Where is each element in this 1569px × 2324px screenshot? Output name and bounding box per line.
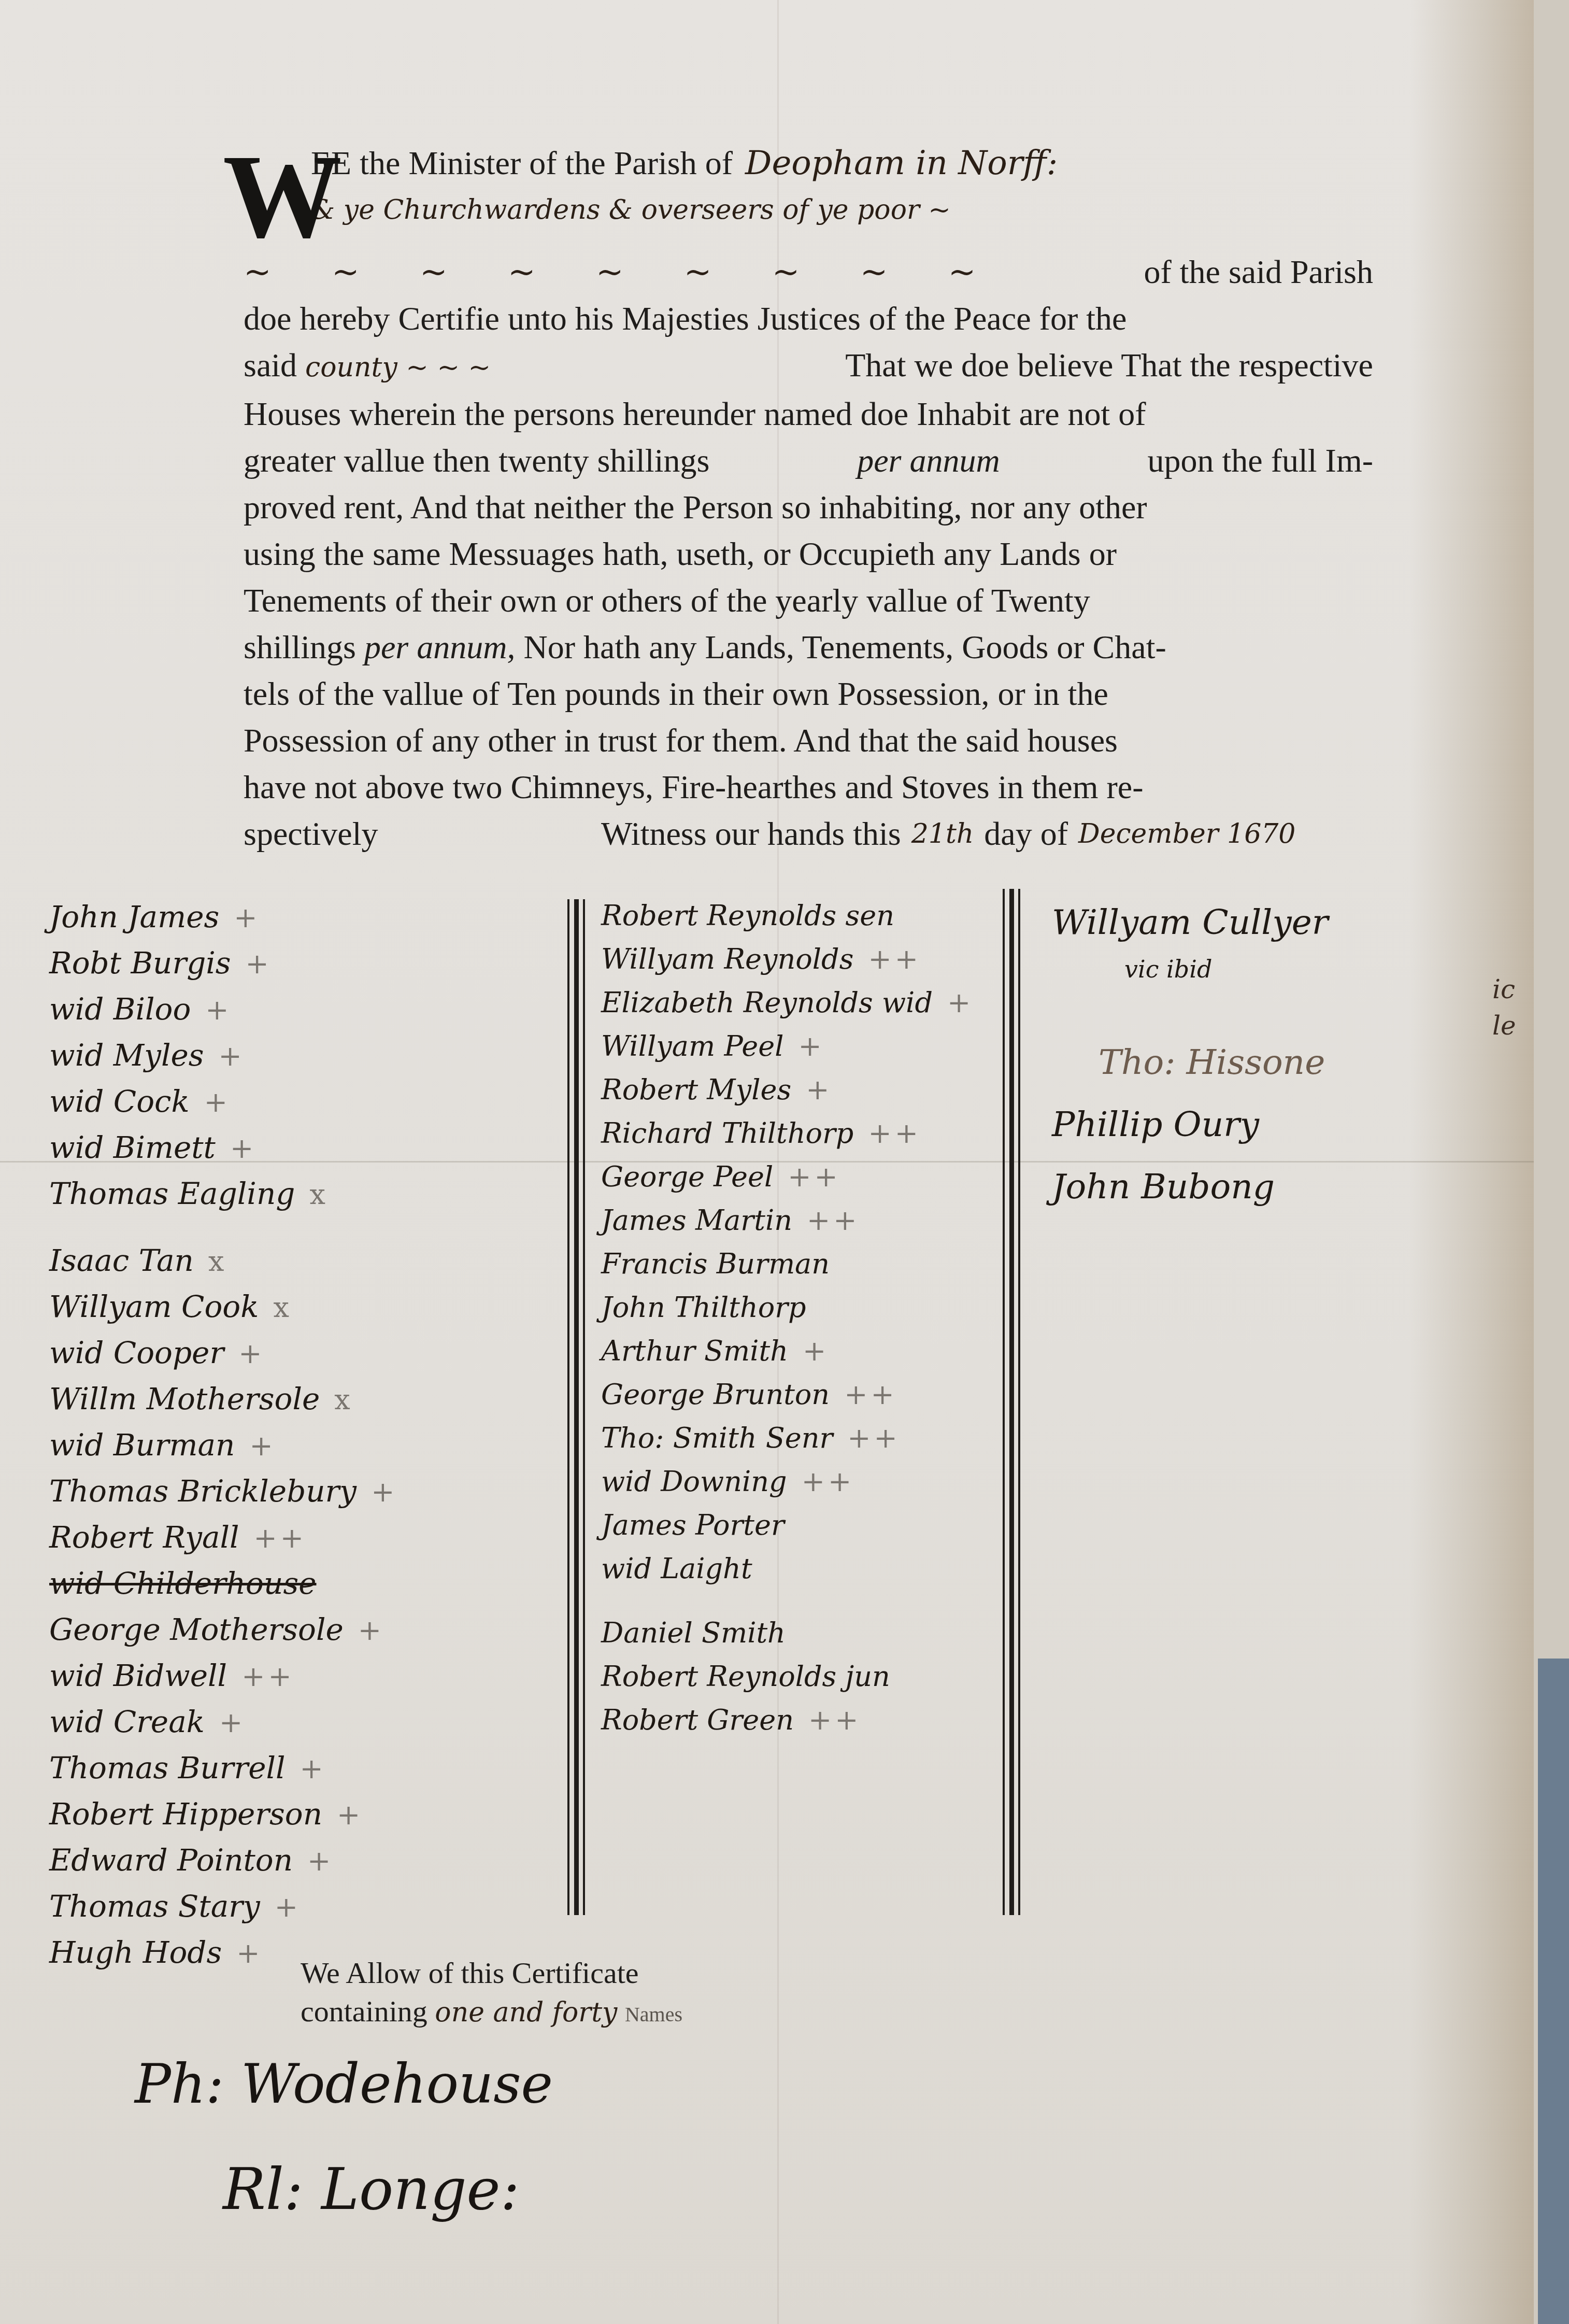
body-line-italic: per annum [857, 437, 1000, 484]
body-line: proved rent, And that neither the Person… [244, 484, 1147, 531]
list-item: Daniel Smith [601, 1617, 1005, 1660]
body-line: doe hereby Certifie unto his Majesties J… [244, 295, 1126, 342]
allowance-statement: We Allow of this Certificate containing … [301, 1954, 682, 2034]
list-item: Robert Reynolds jun [601, 1660, 1005, 1704]
county-fill: county ~ ~ ~ [305, 352, 491, 383]
header-printed-2: of the said Parish [1144, 249, 1373, 295]
list-item: wid Bimett+ [49, 1130, 547, 1176]
body-line: upon the full Im- [1148, 437, 1373, 484]
body-line: spectively [244, 811, 601, 857]
list-item: Tho: Smith Senr++ [601, 1422, 1005, 1465]
body-line: shillings [244, 624, 356, 671]
list-item: wid Cooper+ [49, 1335, 547, 1381]
margin-fragment: le [1492, 1011, 1516, 1041]
fill-tildes: ~ ~ ~ ~ ~ ~ ~ ~ ~ [244, 249, 1001, 295]
witness-text: day of [984, 811, 1068, 857]
list-item: wid Myles+ [49, 1038, 547, 1084]
body-line: Possession of any other in trust for the… [244, 717, 1118, 764]
signature: Willyam Cullyer [1052, 891, 1518, 954]
margin-fragment: ic [1492, 974, 1515, 1004]
signature: Phillip Oury [1052, 1094, 1518, 1156]
body-line: That we doe believe That the respective [845, 342, 1373, 391]
background-surface [1538, 1659, 1569, 2324]
names-left-column: John James+ Robt Burgis+ wid Biloo+ wid … [49, 899, 547, 1981]
justice-signature: Rl: Longe: [223, 2156, 520, 2222]
signatures-right-column: Willyam Cullyer vic ibid Tho: Hissone Ph… [1052, 891, 1518, 1218]
list-item: Thomas Eaglingx [49, 1176, 547, 1222]
officers-handwritten: & ye Churchwardens & overseers of ye poo… [311, 187, 951, 233]
list-item: Robert Myles+ [601, 1073, 1005, 1117]
body-line: tels of the vallue of Ten pounds in thei… [244, 671, 1108, 717]
list-item: Robert Hipperson+ [49, 1796, 547, 1843]
list-item: Willm Mothersolex [49, 1381, 547, 1427]
witness-text: Witness our hands this [601, 811, 901, 857]
list-item: Elizabeth Reynolds wid+ [601, 986, 1005, 1030]
list-item: wid Creak+ [49, 1704, 547, 1750]
list-item: Thomas Burrell+ [49, 1750, 547, 1796]
document-paper: W EE the Minister of the Parish of Deoph… [0, 0, 1534, 2324]
list-item: George Peel++ [601, 1160, 1005, 1204]
list-item: wid Cock+ [49, 1084, 547, 1130]
date-fill: December 1670 [1078, 811, 1295, 857]
signature-note: vic ibid [1124, 954, 1518, 985]
header-printed: EE the Minister of the Parish of [311, 140, 733, 187]
list-item: John James+ [49, 899, 547, 945]
list-item: wid Bidwell++ [49, 1658, 547, 1704]
list-item: James Porter [601, 1509, 1005, 1552]
body-line: said [244, 347, 297, 384]
column-rule-left [567, 899, 585, 1915]
list-item: Thomas Stary+ [49, 1889, 547, 1935]
list-item: George Mothersole+ [49, 1612, 547, 1658]
allowance-line: containing [301, 1994, 427, 2028]
day-fill: 21th [911, 811, 974, 857]
column-rule-right [1003, 889, 1020, 1915]
list-item: Arthur Smith+ [601, 1335, 1005, 1378]
allowance-suffix: Names [625, 2003, 682, 2026]
body-line: greater vallue then twenty shillings [244, 437, 709, 484]
signature: Tho: Hissone [1099, 1031, 1518, 1094]
list-item: Edward Pointon+ [49, 1843, 547, 1889]
body-line: Tenements of their own or others of the … [244, 577, 1090, 624]
list-item: James Martin++ [601, 1204, 1005, 1248]
list-item: Robt Burgis+ [49, 945, 547, 991]
signature: John Bubong [1052, 1156, 1518, 1218]
allowance-count: one and forty [435, 1997, 617, 2028]
list-item: Willyam Reynolds++ [601, 943, 1005, 986]
names-middle-column: Robert Reynolds sen Willyam Reynolds++ E… [601, 899, 1005, 1747]
body-line: Houses wherein the persons hereunder nam… [244, 391, 1146, 437]
justice-signature: Ph: Wodehouse [135, 2052, 553, 2116]
list-item: Willyam Cookx [49, 1289, 547, 1335]
body-line: Nor hath any Lands, Tenements, Goods or … [523, 624, 1166, 671]
list-item: Robert Reynolds sen [601, 899, 1005, 943]
list-item: Richard Thilthorp++ [601, 1117, 1005, 1160]
list-item: Isaac Tanx [49, 1243, 547, 1289]
drop-cap-initial: W [223, 145, 342, 249]
list-item: wid Laight [601, 1552, 1005, 1596]
list-item: Thomas Bricklebury+ [49, 1473, 547, 1520]
list-item-struck: wid Childerhouse [49, 1566, 547, 1612]
list-item: wid Biloo+ [49, 991, 547, 1038]
body-line-italic: per annum, [364, 624, 516, 671]
list-item: Robert Ryall++ [49, 1520, 547, 1566]
parish-name: Deopham in Norff: [745, 140, 1058, 187]
body-line: have not above two Chimneys, Fire-hearth… [244, 764, 1143, 811]
certificate-text: W EE the Minister of the Parish of Deoph… [244, 140, 1373, 857]
list-item: wid Downing++ [601, 1465, 1005, 1509]
allowance-line: We Allow of this Certificate [301, 1954, 682, 1992]
list-item: Willyam Peel+ [601, 1030, 1005, 1073]
list-item: John Thilthorp [601, 1291, 1005, 1335]
list-item: Robert Green++ [601, 1704, 1005, 1747]
list-item: George Brunton++ [601, 1378, 1005, 1422]
list-item: Francis Burman [601, 1248, 1005, 1291]
body-line: using the same Messuages hath, useth, or… [244, 531, 1117, 577]
list-item: wid Burman+ [49, 1427, 547, 1473]
